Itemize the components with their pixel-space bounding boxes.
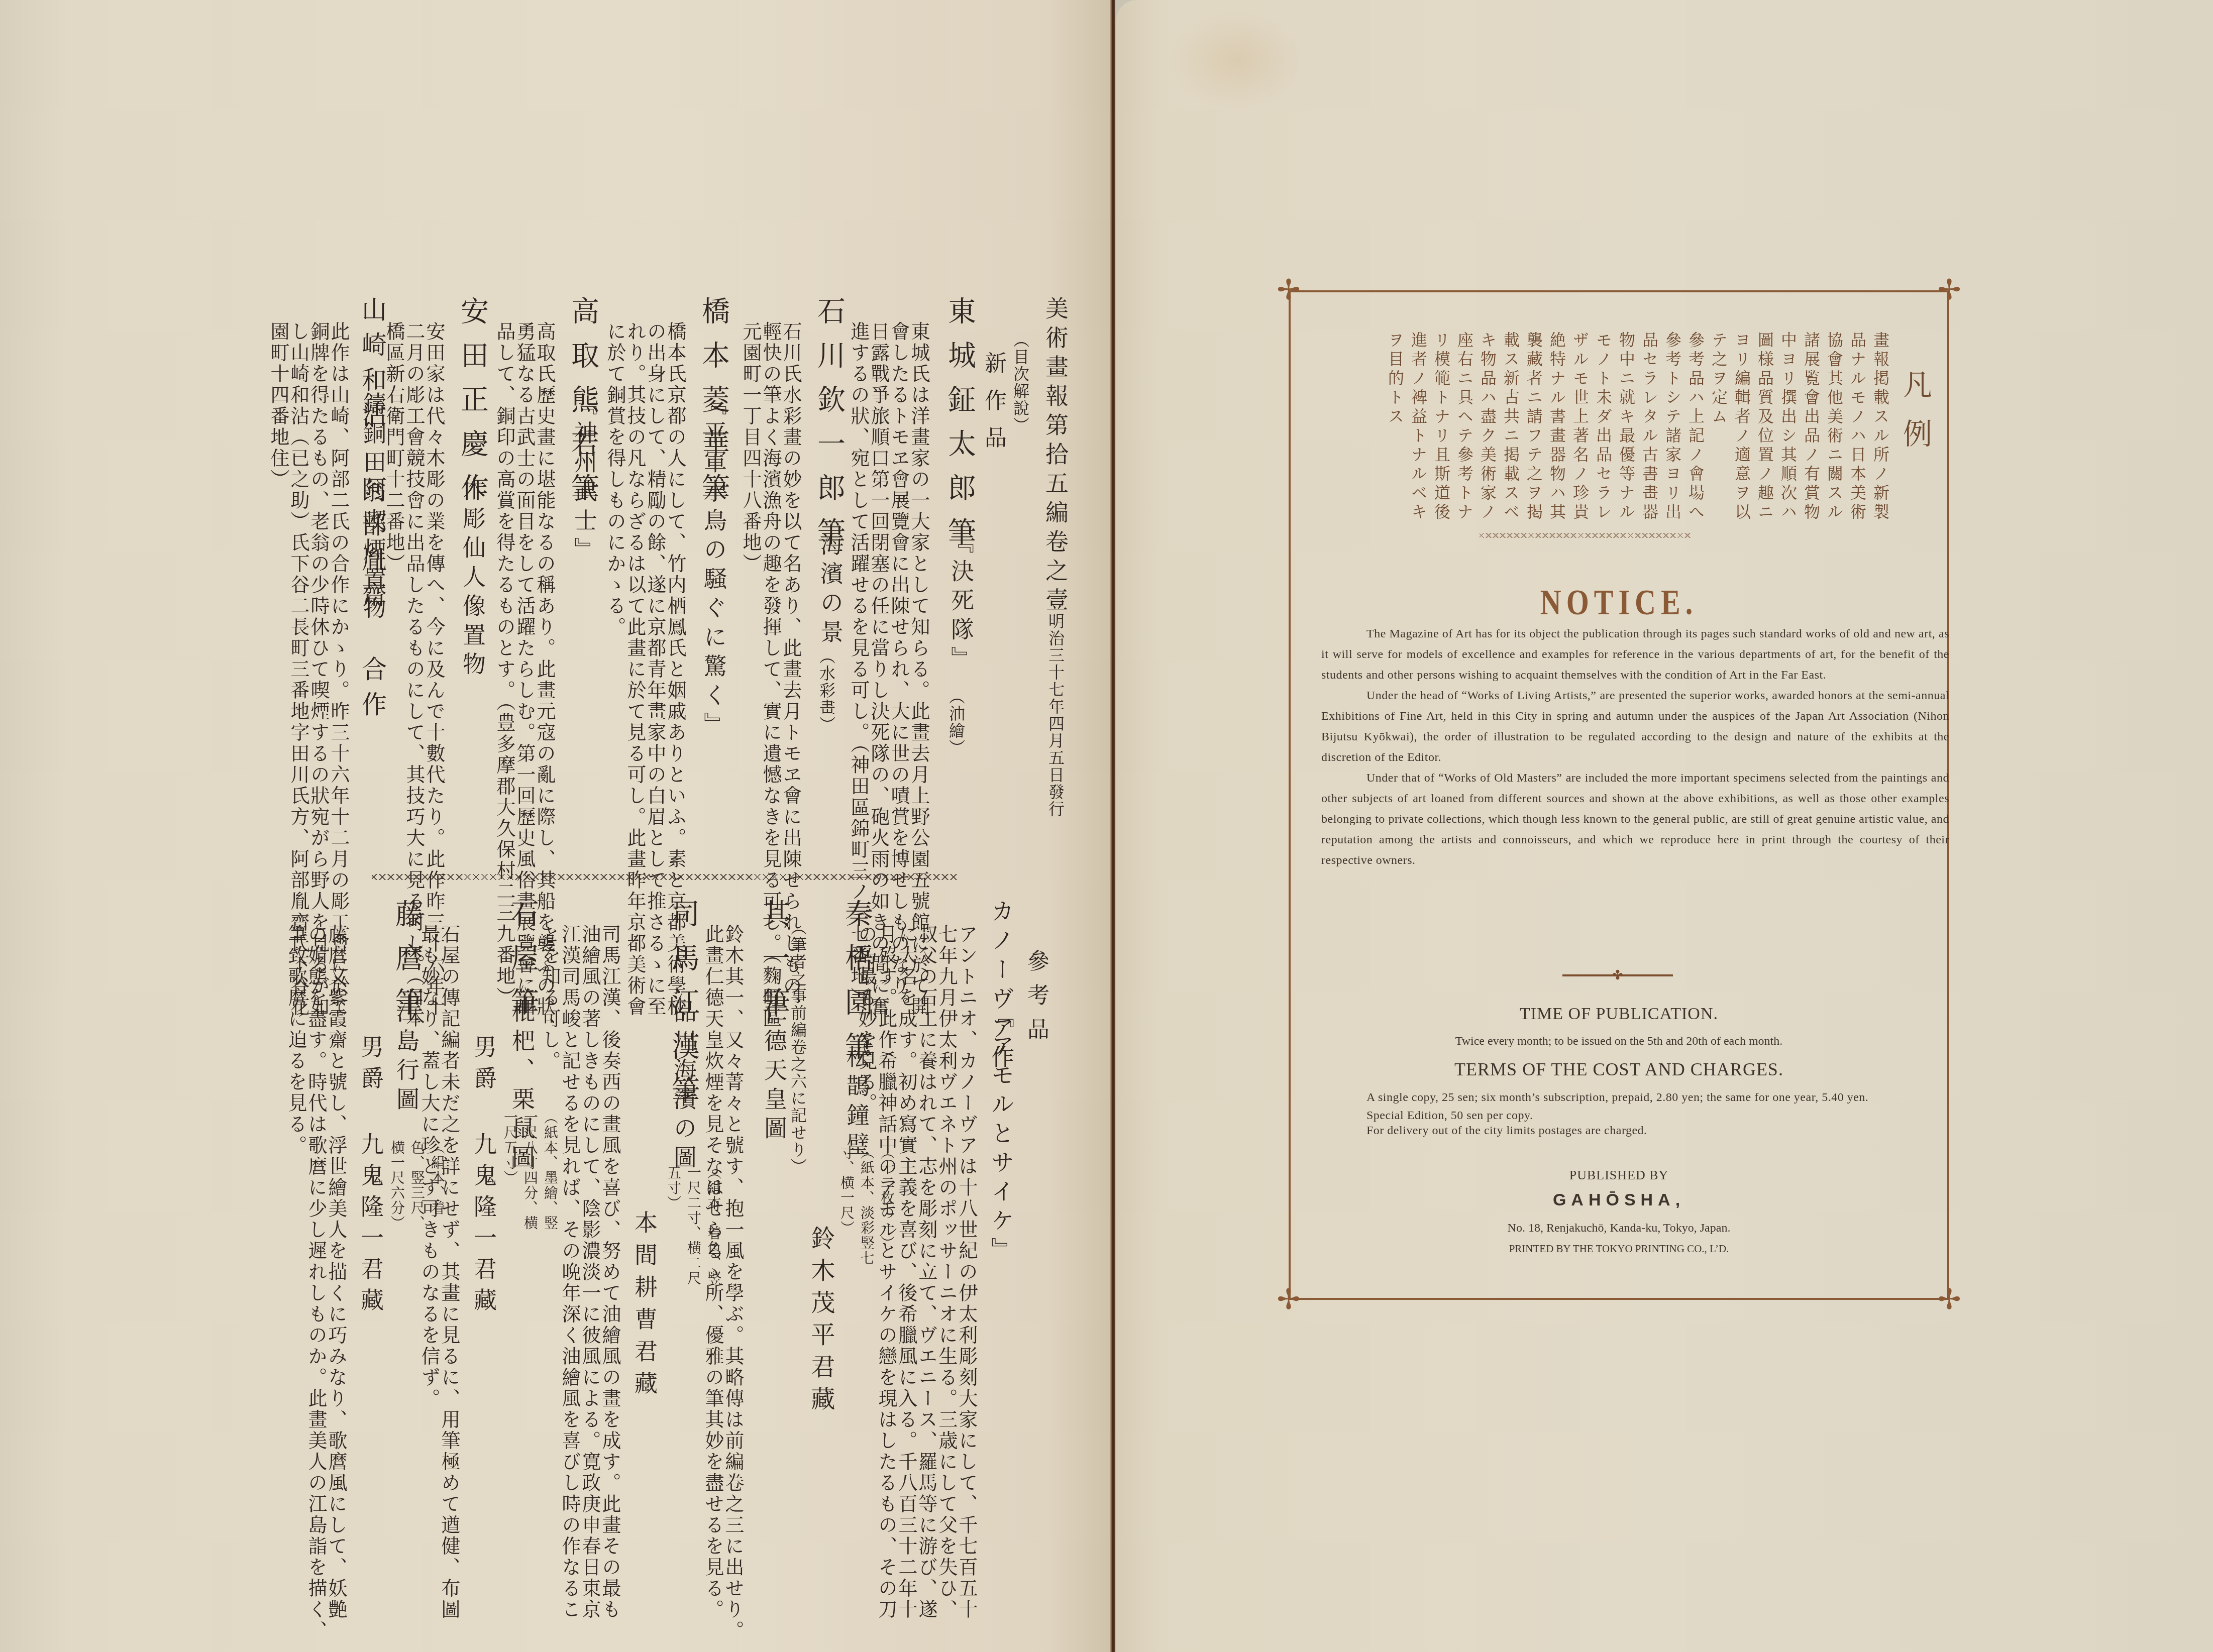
- printer-line: PRINTED BY THE TOKYO PRINTING CO., L’D.: [1289, 1243, 1949, 1255]
- work-medium: （絹本、着色、竪三尺、横一尺六分）: [387, 1140, 447, 1241]
- notice-title: NOTICE.: [1289, 581, 1949, 623]
- description-line: 鈴木其一、又々菁々と號す、抱一風を學ぶ。其略傳は前編卷之三に出せり。: [723, 924, 743, 1641]
- artist-name: 東城鉦太郎筆: [939, 296, 980, 562]
- publication-title: TIME OF PUBLICATION.: [1289, 1005, 1949, 1024]
- work-title: 品川海濱の圖: [667, 1000, 700, 1174]
- description-line: 司馬江漢、後奏西の畫風を喜び、努めて油繪風の畫を成す。此畫その最も: [600, 924, 619, 1620]
- hanrei-column: キ物品ハ盡ク美術家ノ: [1476, 332, 1499, 522]
- corner-ornament-icon: ✢: [1934, 1285, 1964, 1315]
- issue-date: 明治三十七年四月五日發行: [1044, 613, 1067, 818]
- ornament-knot-icon: ✤: [1612, 969, 1624, 981]
- artist-name: 石川欽一郎筆: [809, 296, 849, 562]
- hanrei-column: テ之ヲ定ム: [1707, 332, 1730, 427]
- hanrei-column: 品ナルモノハ日本美術: [1846, 332, 1869, 522]
- publisher-name: GAHŌSHA,: [1289, 1190, 1949, 1210]
- description-line: 叔父の石工に養はれて、志を彫刻に立て、ヴエニース、羅馬等に游び、遂: [917, 924, 936, 1620]
- description-line: に於て銅賞を得しものにかゝる。: [605, 321, 624, 638]
- toc-subtitle: （目次解說）: [1009, 332, 1032, 434]
- hanrei-column: 襲藏者ニ請フテ之ヲ掲: [1522, 332, 1545, 522]
- work-title: 鑄銅田翁喫煙置物: [357, 392, 390, 625]
- hanrei-column: モノト未ダ出品セラレ: [1592, 332, 1615, 522]
- owner-name: 鈴木茂平君藏: [804, 1226, 838, 1418]
- notice-body: The Magazine of Art has for its object t…: [1321, 624, 1949, 871]
- description-line: アントニオ、カノーヴアは十八世紀の伊太利彫刻大家にして、千七百五十: [957, 924, 976, 1620]
- magazine-title: 美術畫報第拾五編卷之壹: [1039, 296, 1072, 617]
- terms-body: A single copy, 25 sen; six month’s subsc…: [1321, 1090, 1949, 1138]
- publication-text: Twice every month; to be issued on the 5…: [1289, 1035, 1949, 1048]
- hanrei-column: 諸展覧會出品ノ有賞物: [1800, 332, 1823, 522]
- work-medium: （紙本、墨繪、竪一尺八寸四分、横一尺五寸）: [500, 1110, 560, 1231]
- description-line: 石屋の傳記編者未だ之を詳にせず、其畫に見るに、用筆極めて遒健、布圖: [440, 924, 459, 1620]
- owner-name: 男爵 九鬼隆一君藏: [354, 1035, 387, 1319]
- description-line: れり。其技の凡ならざるは以て此畫に於て見る可し。此畫昨年京都美術會: [625, 321, 645, 1018]
- terms-line: Special Edition, 50 sen per copy.: [1321, 1108, 1949, 1123]
- hanrei-column: ヨリ編輯者ノ適意ヲ以: [1730, 332, 1753, 522]
- work-title: 『神州武士』: [568, 392, 601, 567]
- hanrei-column: 載ス新古共ニ掲載スベ: [1499, 332, 1522, 522]
- work-medium: （油繪）: [944, 688, 968, 756]
- terms-line: A single copy, 25 sen; six month’s subsc…: [1321, 1090, 1949, 1105]
- description-line: に大名を成す。初め寫實主義を喜び、後希臘風に入る。千八百三十二年十: [897, 924, 916, 1620]
- hanrei-divider: [1480, 533, 1691, 538]
- hanrei-column: 圖様品質及位置ノ趣ニ: [1753, 332, 1776, 522]
- work-title: 『平軍水鳥の騒ぐに驚く』: [697, 392, 730, 741]
- description-line: の媚態を盡す。時代は歌麿に少し遲れしものか。此畫美人の江島詣を描く、: [306, 924, 326, 1641]
- notice-paragraph: Under that of “Works of Old Masters” are…: [1321, 768, 1949, 871]
- hanrei-column: 座右ニ具ヘテ參考トナ: [1453, 332, 1476, 522]
- section-heading-reference-works: 參考品: [1020, 949, 1052, 1052]
- work-title: 木彫仙人像置物: [456, 477, 489, 681]
- description-line: 園町十四番地住）: [269, 321, 288, 490]
- work-medium: （十二枚の一）（紙本、淡彩竪七寸、横一尺）: [836, 1145, 897, 1271]
- owner-name: 男爵 九鬼隆一君藏: [467, 1035, 500, 1319]
- work-medium: （水彩畫）: [815, 648, 838, 733]
- work-title: 仁德天皇圖: [758, 1000, 791, 1145]
- hanrei-column: 協會其他美術ニ關スル: [1823, 332, 1846, 522]
- hanrei-column: 物中ニ就キ最優等ナル: [1615, 332, 1638, 522]
- description-line: とを知る可し。: [540, 924, 559, 1072]
- description-line: 油繪風の著しきものにして、陰影濃淡一に彼風による。寛政庚申春日東京: [580, 924, 599, 1620]
- hanrei-column: ザルモ世上著名ノ珍貴: [1568, 332, 1592, 522]
- hanrei-column: 進者ノ裨益トナルベキ: [1407, 332, 1430, 522]
- published-by-label: PUBLISHED BY: [1289, 1168, 1949, 1183]
- owner-name: 本間耕曹君藏: [628, 1210, 661, 1403]
- work-title: 松鵲鐘璧: [840, 1045, 873, 1161]
- corner-ornament-icon: ✢: [1274, 1285, 1304, 1315]
- description-line: 筆致歌麿に迫るを見る。: [286, 924, 305, 1156]
- hanrei-heading: 凡例: [1894, 369, 1936, 468]
- description-line: 江漢司馬峻と記せるを見れば、その晩年深く油繪風を喜びし時の作なるこ: [560, 924, 579, 1620]
- description-line: 藤麿又紫霞齋と號し、浮世繪美人を描くに巧みなり、歌麿風にして、妖艶: [327, 924, 346, 1620]
- hanrei-column: ヲ目的トス: [1384, 332, 1407, 427]
- notice-paragraph: The Magazine of Art has for its object t…: [1321, 624, 1949, 686]
- description-line: し山崎和沾（已之助）氏下谷二長町三番地字田川氏方、阿部胤齋氏下谷花: [289, 321, 308, 1018]
- work-title: 『決死隊』: [944, 530, 978, 676]
- hanrei-column: リ模範トナリ且斯道後: [1430, 332, 1453, 522]
- description-line: 安田家は代々木彫の業を傳へ、今に及んで十數代たり。此作昨三十六年十: [425, 321, 444, 1018]
- hanrei-column: 參考品ハ上記ノ會場へ: [1684, 332, 1707, 522]
- work-title: 『アモルとサイケ』: [985, 1005, 1018, 1267]
- corner-ornament-icon: ✢: [1934, 275, 1964, 305]
- hanrei-column: 參考トシテ諸家ヨリ出: [1661, 332, 1684, 522]
- notice-paragraph: Under the head of “Works of Living Artis…: [1321, 686, 1949, 768]
- description-line: 銅牌を得たるもの、老翁の少時休ひて喫煙するの狀宛がら野人を見るが如: [309, 321, 328, 1018]
- description-line: 此作は山崎、阿部二氏の合作にかゝり。昨三十六年十二月の彫工會に於て: [329, 321, 348, 1018]
- description-line: 月歿す。此作希臘神話中のアモルとサイケの戀を現はしたるもの、その刀: [877, 924, 896, 1620]
- description-line: 東城氏は洋畫家の一大家として知らる。此畫去月上野公園五號館に於て開: [909, 321, 928, 1018]
- description-line: の出身にして、精勵の餘、遂に京都青年畫家中の白眉として推さるゝに至: [646, 321, 665, 1018]
- hanrei-column: 畫報掲載スル所ノ新製: [1869, 332, 1892, 522]
- description-line: 元園町一丁目四十八番地）: [741, 321, 760, 575]
- hanrei-column: 品セラレタル古書畫器: [1638, 332, 1661, 522]
- section-heading-new-works: 新作品: [977, 352, 1009, 463]
- description-line: 會したるトモヱ會展覽會に出陳せられ、大に世の嘖賞を博せしものなり。: [889, 321, 908, 1018]
- hanrei-column: 絶特ナル書畫器物ハ其: [1545, 332, 1568, 522]
- section-divider: [372, 874, 957, 880]
- terms-line: For delivery out of the city limits post…: [1321, 1123, 1949, 1138]
- hanrei-column: 中ヨリ撰出シ其順次ハ: [1776, 332, 1800, 522]
- corner-ornament-icon: ✢: [1274, 275, 1304, 305]
- paper-stain: [1171, 10, 1301, 111]
- terms-title: TERMS OF THE COST AND CHARGES.: [1289, 1059, 1949, 1080]
- work-title: 江島行圖: [390, 1000, 423, 1116]
- work-title: 海濱の景: [814, 532, 847, 649]
- work-medium: （絹本、着色、竪一尺二寸、横二尺五寸）: [663, 1165, 723, 1286]
- book-spine: [1110, 0, 1115, 1652]
- publisher-address: No. 18, Renjakuchō, Kanda-ku, Tokyo, Jap…: [1289, 1222, 1949, 1235]
- description-line: 七年九月伊太利ヴエネト州のポッサーニオに生る。三歳にして父を失ひ、: [937, 924, 956, 1620]
